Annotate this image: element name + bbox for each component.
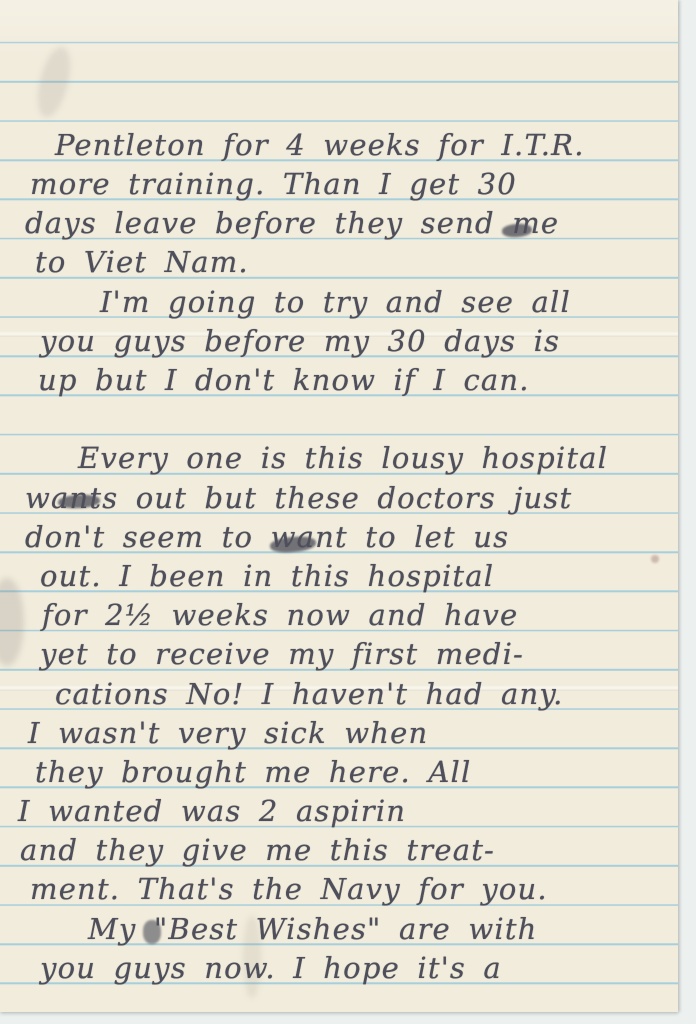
handwritten-line: yet to receive my first medi- (0, 630, 674, 669)
handwritten-line: and they give me this treat- (0, 826, 674, 865)
handwritten-line: to Viet Nam. (0, 238, 674, 277)
handwritten-line: I wasn't very sick when (0, 709, 674, 748)
letter-body: Pentleton for 4 weeks for I.T.R. more tr… (0, 121, 674, 983)
pencil-smudge (32, 44, 77, 121)
handwritten-line: don't seem to want to let us (0, 513, 674, 552)
handwritten-line: cations No! I haven't had any. (0, 670, 674, 709)
handwritten-line: My "Best Wishes" are with (0, 905, 674, 944)
scanned-letter-page: Pentleton for 4 weeks for I.T.R. more tr… (0, 0, 696, 1024)
handwritten-line: you guys before my 30 days is (0, 317, 674, 356)
handwritten-line: I'm going to try and see all (0, 278, 674, 317)
handwritten-line: more training. Than I get 30 (0, 160, 674, 199)
handwritten-line: Pentleton for 4 weeks for I.T.R. (0, 121, 674, 160)
ink-correction-scribble (143, 920, 161, 944)
notebook-paper: Pentleton for 4 weeks for I.T.R. more tr… (0, 0, 678, 1012)
handwritten-line: up but I don't know if I can. (0, 356, 674, 395)
handwritten-line: for 2½ weeks now and have (0, 591, 674, 630)
handwritten-line: you guys now. I hope it's a (0, 944, 674, 983)
handwritten-line: out. I been in this hospital (0, 552, 674, 591)
handwritten-line: Every one is this lousy hospital (0, 434, 674, 473)
handwritten-line: they brought me here. All (0, 748, 674, 787)
handwritten-line: ment. That's the Navy for you. (0, 865, 674, 904)
blank-line (0, 395, 674, 434)
handwritten-line: wants out but these doctors just (0, 474, 674, 513)
handwritten-line: I wanted was 2 aspirin (0, 787, 674, 826)
handwritten-line: days leave before they send me (0, 199, 674, 238)
line-text: you guys now. I hope it's a (40, 949, 674, 988)
